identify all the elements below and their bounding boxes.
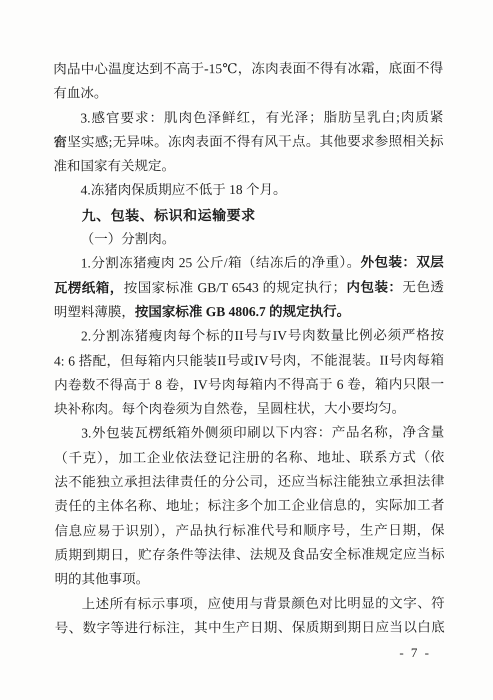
text-line: （一）分割肉。 xyxy=(54,227,444,252)
text-line: 信息应易于识别），产品执行标准代号和顺序号，生产日期，保 xyxy=(54,518,444,543)
text-line: 责任的主体名称、地址；标注多个加工企业信息的，实际加工者 xyxy=(54,494,444,519)
text-line: 2.分割冻猪瘦肉每个标的II号与IV号肉数量比例必须严格按 xyxy=(54,324,444,349)
document-page: 肉品中心温度达到不高于-15℃，冻肉表面不得有冰霜，底面不得 有血冰。 3.感官… xyxy=(0,0,493,700)
text-line: 肉品中心温度达到不高于-15℃，冻肉表面不得有冰霜，底面不得 xyxy=(53,56,443,81)
page-number: - 7 - xyxy=(399,645,431,661)
section-heading: 九、包装、标识和运输要求 xyxy=(54,202,444,227)
text-line: 有坚实感;无异味。冻肉表面不得有风干点。其他要求参照相关标 xyxy=(53,129,443,154)
text-run: 按国家标准 GB/T 6543 的规定执行； xyxy=(124,279,346,295)
text-line: 4.冻猪肉保质期应不低于 18 个月。 xyxy=(54,178,444,203)
text-line: 法不能独立承担法律责任的分公司，还应当标注能独立承担法律 xyxy=(54,470,444,495)
text-line: 3.感官要求：肌肉色泽鲜红，有光泽；脂肪呈乳白;肉质紧密， xyxy=(53,105,443,130)
text-line: 准和国家有关规定。 xyxy=(53,154,443,179)
text-run-bold: 瓦楞纸箱， xyxy=(54,280,124,295)
text-line: 瓦楞纸箱，按国家标准 GB/T 6543 的规定执行；内包装：无色透 xyxy=(54,275,444,300)
text-run-bold: 内包装： xyxy=(346,279,402,294)
text-line: 块补称肉。每个肉卷须为自然卷，呈圆柱状，大小要均匀。 xyxy=(54,397,444,422)
text-line: 质期到期日，贮存条件等法律、法规及食品安全标准规定应当标 xyxy=(55,542,445,567)
text-run: 无色透 xyxy=(402,279,443,294)
text-line: 明的其他事项。 xyxy=(55,567,445,592)
text-line: 上述所有标示事项，应使用与背景颜色对比明显的文字、符 xyxy=(55,591,445,616)
text-line: 4: 6 搭配，但每箱内只能装II号或IV号肉，不能混装。II号肉每箱 xyxy=(54,348,444,373)
text-line: 明塑料薄膜，按国家标准 GB 4806.7 的规定执行。 xyxy=(54,299,444,324)
text-run-bold: 按国家标准 GB 4806.7 的规定执行。 xyxy=(135,304,350,320)
text-run: 明塑料薄膜， xyxy=(54,304,135,319)
text-line: 有血冰。 xyxy=(53,81,443,106)
text-block: 肉品中心温度达到不高于-15℃，冻肉表面不得有冰霜，底面不得 有血冰。 3.感官… xyxy=(53,56,445,640)
text-run-bold: 外包装：双层 xyxy=(361,255,444,270)
text-line: （千克），加工企业依法登记注册的名称、地址、联系方式（依 xyxy=(54,445,444,470)
text-run: 1.分割冻猪瘦肉 25 公斤/箱（结冻后的净重）。 xyxy=(81,255,361,271)
text-line: 内卷数不得高于 8 卷，IV号肉每箱内不得高于 6 卷，箱内只限一 xyxy=(54,372,444,397)
text-line: 1.分割冻猪瘦肉 25 公斤/箱（结冻后的净重）。外包装：双层 xyxy=(54,251,444,276)
text-line: 号、数字等进行标注，其中生产日期、保质期到期日应当以白底 xyxy=(55,615,445,640)
text-line: 3.外包装瓦楞纸箱外侧须印刷以下内容：产品名称，净含量 xyxy=(54,421,444,446)
